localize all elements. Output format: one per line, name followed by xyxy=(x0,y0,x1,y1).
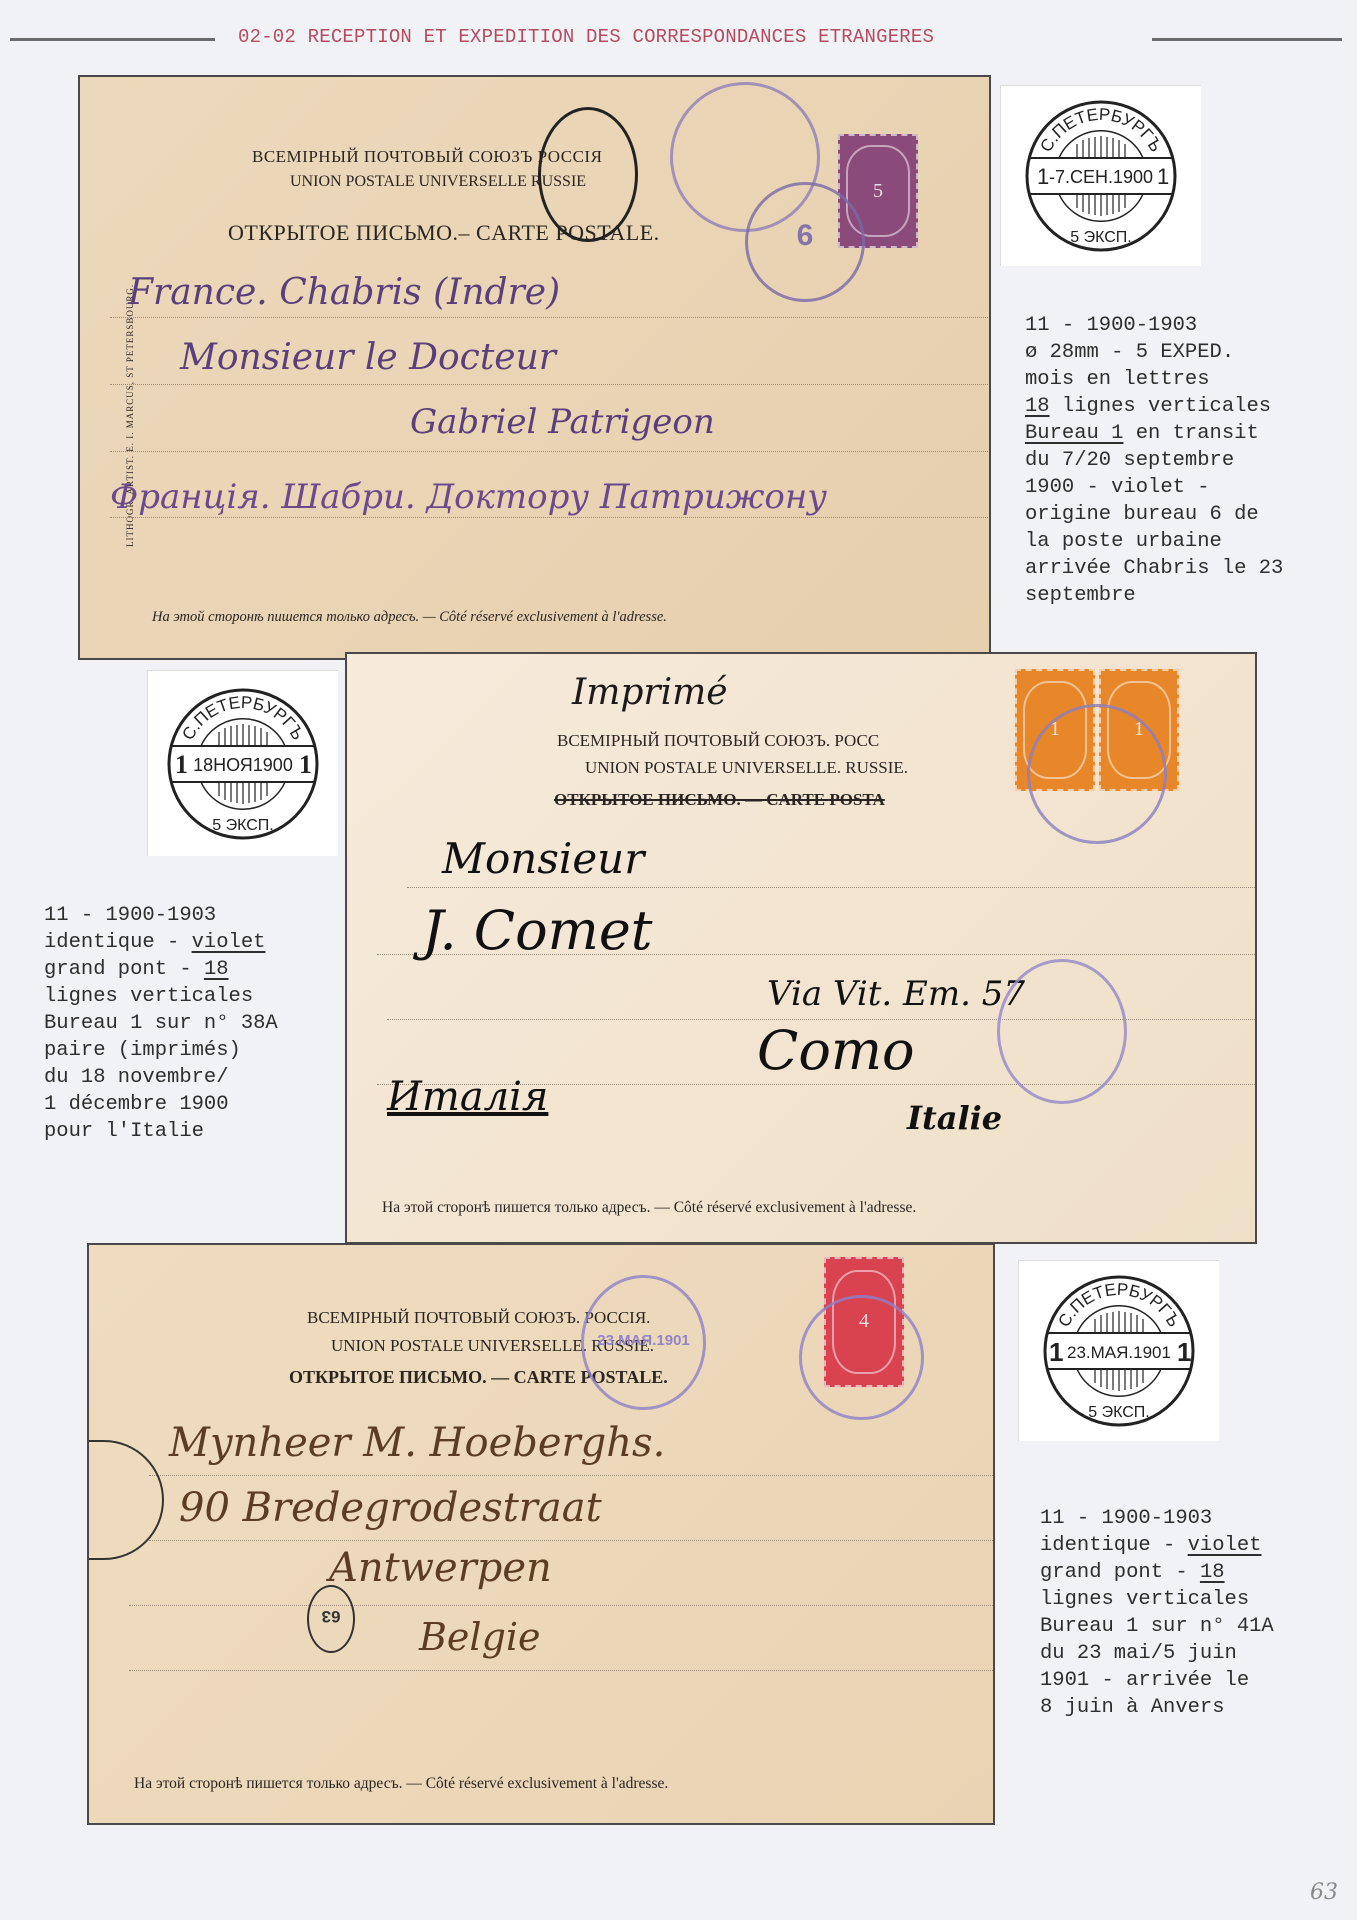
card1-address-line-4: Францiя. Шабри. Доктору Патрижону xyxy=(110,477,827,517)
svg-text:1: 1 xyxy=(1049,1337,1063,1367)
card3-address-line-3: Antwerpen xyxy=(329,1545,552,1591)
page-title: 02-02 RECEPTION ET EXPEDITION DES CORRES… xyxy=(238,26,934,48)
page-header: 02-02 RECEPTION ET EXPEDITION DES CORRES… xyxy=(0,24,1357,54)
card1-footer: На этой сторонѣ пишется только адресъ. —… xyxy=(152,609,667,626)
header-rule-right xyxy=(1152,38,1342,41)
card2-address-line-3: Via Vit. Em. 57 xyxy=(767,974,1025,1014)
card3-cancel-stpetersburg-2 xyxy=(799,1295,924,1420)
card2-address-line-5: Италiя xyxy=(387,1074,548,1120)
header-rule-left xyxy=(10,38,215,41)
note-3: 11 - 1900-1903 identique - violet grand … xyxy=(1040,1478,1274,1721)
postcard-1: LITHOGR. ARTIST. E. I. MARCUS, ST PETERS… xyxy=(78,75,991,660)
card2-footer: На этой сторонѣ пишется только адресъ. —… xyxy=(382,1199,916,1217)
svg-text:18НОЯ1900: 18НОЯ1900 xyxy=(193,755,293,775)
card2-cancel-1 xyxy=(1027,704,1167,844)
card3-cancel-63: 63 xyxy=(307,1585,355,1653)
card1-cancel-bureau6: 6 xyxy=(745,182,865,302)
card1-address-line-2: Monsieur le Docteur xyxy=(180,337,556,378)
card2-address-line-1: Monsieur xyxy=(442,834,644,883)
card2-address-line-2: J. Comet xyxy=(422,899,652,962)
postmark-illustration-2: С.ПЕТЕРБУРГЪ 1 18НОЯ1900 1 5 ЭКСП. xyxy=(147,670,338,856)
card3-address-line-2: 90 Bredegrodestraat xyxy=(179,1485,602,1531)
page-number: 63 xyxy=(1310,1880,1338,1905)
card3-cancel-anvers xyxy=(89,1440,164,1560)
postmark-2-svg: С.ПЕТЕРБУРГЪ 1 18НОЯ1900 1 5 ЭКСП. xyxy=(163,684,323,844)
card1-cancel-chabris xyxy=(538,107,638,242)
svg-text:5 ЭКСП.: 5 ЭКСП. xyxy=(1088,1404,1149,1421)
card3-address-line-4: Belgie xyxy=(419,1615,541,1659)
card3-cancel-stpetersburg-1: 23.МАЯ.1901 xyxy=(581,1275,706,1410)
card2-line1: ВСЕМIРНЫЙ ПОЧТОВЫЙ СОЮЗЪ. РОСС xyxy=(557,731,879,751)
svg-text:1: 1 xyxy=(1157,164,1169,189)
card2-line3-struck: ОТКРЫТОЕ ПИСЬМО. — CARTE POSTA xyxy=(554,790,885,810)
postmark-3-svg: С.ПЕТЕРБУРГЪ 1 23.МАЯ.1901 1 5 ЭКСП. xyxy=(1039,1271,1199,1431)
svg-text:5 ЭКСП.: 5 ЭКСП. xyxy=(212,817,273,834)
card3-footer: На этой сторонѣ пишется только адресъ. —… xyxy=(134,1775,668,1793)
svg-text:-7.СЕН.1900: -7.СЕН.1900 xyxy=(1049,167,1153,187)
postmark-1-svg: С.ПЕТЕРБУРГЪ 1 -7.СЕН.1900 1 5 ЭКСП. xyxy=(1021,96,1181,256)
card2-manuscript-imprime: Imprimé xyxy=(572,672,728,713)
svg-text:1: 1 xyxy=(299,750,312,779)
card2-address-line-4: Como xyxy=(757,1019,915,1082)
svg-text:23.МАЯ.1901: 23.МАЯ.1901 xyxy=(1067,1343,1171,1362)
note-1: 11 - 1900-1903 ø 28mm - 5 EXPED. mois en… xyxy=(1025,285,1283,609)
postcard-3: ВСЕМIРНЫЙ ПОЧТОВЫЙ СОЮЗЪ. РОССIЯ. UNION … xyxy=(87,1243,995,1825)
card1-address-line-1: France. Chabris (Indre) xyxy=(128,272,560,313)
svg-text:1: 1 xyxy=(1037,164,1049,189)
card1-address-line-3: Gabriel Patrigeon xyxy=(410,402,715,442)
card2-line2: UNION POSTALE UNIVERSELLE. RUSSIE. xyxy=(585,758,908,778)
card2-address-line-6: Italie xyxy=(907,1099,1002,1137)
note-2: 11 - 1900-1903 identique - violet grand … xyxy=(44,875,278,1145)
card2-cancel-2 xyxy=(997,959,1127,1104)
svg-text:1: 1 xyxy=(175,750,188,779)
svg-text:1: 1 xyxy=(1177,1337,1191,1367)
postcard-2: Imprimé ВСЕМIРНЫЙ ПОЧТОВЫЙ СОЮЗЪ. РОСС U… xyxy=(345,652,1257,1244)
svg-text:5 ЭКСП.: 5 ЭКСП. xyxy=(1070,229,1131,246)
postmark-illustration-3: С.ПЕТЕРБУРГЪ 1 23.МАЯ.1901 1 5 ЭКСП. xyxy=(1018,1260,1219,1441)
postmark-illustration-1: С.ПЕТЕРБУРГЪ 1 -7.СЕН.1900 1 5 ЭКСП. xyxy=(1000,85,1201,266)
card3-address-line-1: Mynheer M. Hoeberghs. xyxy=(169,1420,665,1466)
